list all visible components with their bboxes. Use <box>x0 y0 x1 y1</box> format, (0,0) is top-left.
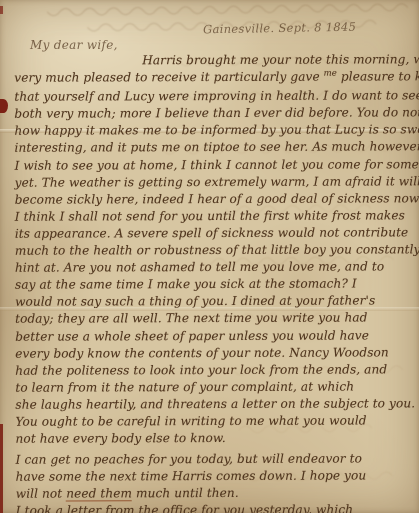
red-wax-mark <box>0 99 8 113</box>
letter-text: need them <box>66 487 132 502</box>
letter-text: hint at. Are you not ashamed to tell me … <box>15 260 384 275</box>
letter-body: Harris brought me your note this morning… <box>14 51 418 513</box>
letter-text: You ought to be careful in writing to me… <box>15 413 366 428</box>
letter-line: to learn from it the nature of your comp… <box>15 378 417 396</box>
letter-text: Harris brought me your note this morning… <box>142 52 419 67</box>
letter-text: would not say such a thing of you. I din… <box>15 294 375 309</box>
letter-text: very much pleased to receive it particul… <box>14 70 323 85</box>
letter-text: much to the health or robustness of that… <box>15 242 419 257</box>
letter-text: how happy it makes me to be informed by … <box>14 123 419 139</box>
letter-line: Harris brought me your note this morning… <box>14 51 416 69</box>
letter-line: that yourself and Lucy were improving in… <box>14 87 416 105</box>
letter-line: every body know the contents of your not… <box>15 344 417 362</box>
letter-text: she laughs heartily, and threatens a let… <box>15 396 415 411</box>
letter-line: she laughs heartily, and threatens a let… <box>15 395 417 413</box>
letter-text: had the politeness to look into your loc… <box>15 362 387 377</box>
letter-line: say at the same time I make you sick at … <box>15 276 417 294</box>
letter-text: interesting, and it puts me on tiptoe to… <box>14 140 419 155</box>
letter-text: today; they are all well. The next time … <box>15 311 367 326</box>
letter-text: I took a letter from the office for you … <box>16 503 353 513</box>
letter-text: much until then. <box>132 486 239 500</box>
letter-text: that yourself and Lucy were improving in… <box>14 88 419 104</box>
letter-text: not have every body else to know. <box>16 431 226 446</box>
letter-line: yet. The weather is getting so extremely… <box>15 173 417 191</box>
letter-line: both very much; more I believe than I ev… <box>14 105 416 123</box>
letter-sheet: Gainesville. Sept. 8 1845 My dear wife, … <box>0 0 419 513</box>
letter-text: pleasure to know <box>337 69 419 83</box>
letter-line: how happy it makes me to be informed by … <box>14 122 416 140</box>
letter-line: I can get no peaches for you today, but … <box>16 450 418 468</box>
letter-salutation: My dear wife, <box>30 38 118 53</box>
letter-line: I think I shall not send for you until t… <box>15 207 417 225</box>
letter-line: I wish to see you at home, I think I can… <box>15 156 417 174</box>
red-edge-mark <box>0 6 3 14</box>
red-edge-sliver <box>0 424 3 513</box>
letter-text: to learn from it the nature of your comp… <box>15 379 354 394</box>
letter-text: become sickly here, indeed I hear of a g… <box>15 191 419 206</box>
letter-text: better use a whole sheet of paper unless… <box>15 328 369 343</box>
letter-line: I took a letter from the office for you … <box>16 502 418 513</box>
letter-line: would not say such a thing of you. I din… <box>15 293 417 311</box>
letter-text: yet. The weather is getting so extremely… <box>15 174 419 189</box>
letter-line: You ought to be careful in writing to me… <box>15 412 417 430</box>
letter-line: become sickly here, indeed I hear of a g… <box>15 190 417 208</box>
letter-text: its appearance. A severe spell of sickne… <box>15 225 409 240</box>
letter-text: say at the same time I make you sick at … <box>15 277 357 292</box>
letter-line: much to the health or robustness of that… <box>15 241 417 259</box>
letter-text: me <box>324 69 337 79</box>
letter-line: very much pleased to receive it particul… <box>14 68 416 88</box>
letter-dateline: Gainesville. Sept. 8 1845 <box>203 20 356 37</box>
letter-line: have some the next time Harris comes dow… <box>16 468 418 486</box>
letter-line: had the politeness to look into your loc… <box>15 361 417 379</box>
letter-text: I can get no peaches for you today, but … <box>16 452 362 467</box>
letter-line: interesting, and it puts me on tiptoe to… <box>14 139 416 157</box>
letter-line: better use a whole sheet of paper unless… <box>15 327 417 345</box>
letter-text: will not <box>16 487 67 501</box>
letter-line: hint at. Are you not ashamed to tell me … <box>15 258 417 276</box>
letter-text: both very much; more I believe than I ev… <box>14 105 419 121</box>
letter-text: I think I shall not send for you until t… <box>15 208 405 223</box>
letter-line: not have every body else to know. <box>16 429 418 447</box>
letter-line: its appearance. A severe spell of sickne… <box>15 224 417 242</box>
letter-text: have some the next time Harris comes dow… <box>16 469 367 484</box>
letter-text: I wish to see you at home, I think I can… <box>15 157 419 173</box>
letter-line: will not need them much until then. <box>16 485 418 503</box>
letter-text: every body know the contents of your not… <box>15 345 389 360</box>
letter-line: today; they are all well. The next time … <box>15 310 417 328</box>
